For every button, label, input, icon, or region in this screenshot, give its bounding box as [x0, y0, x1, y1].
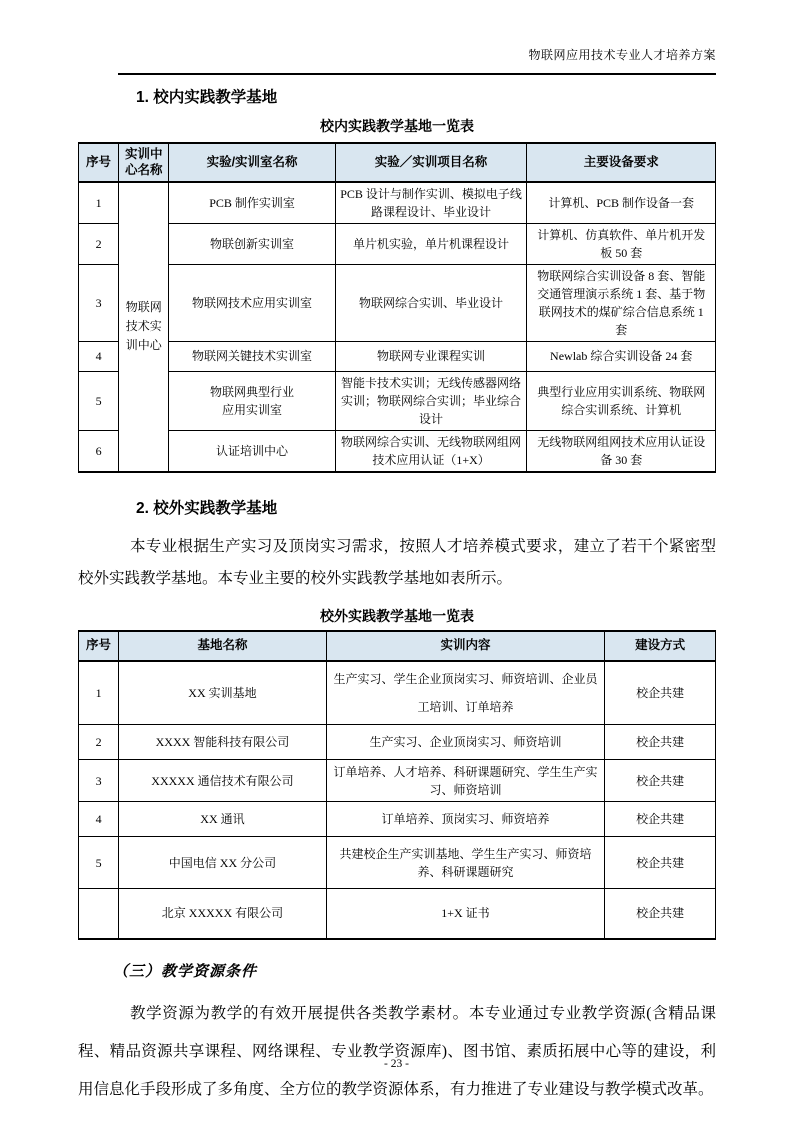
table-row: 4物联网关键技术实训室物联网专业课程实训Newlab 综合实训设备 24 套 — [79, 341, 716, 371]
build-mode-cell: 校企共建 — [605, 760, 716, 802]
project-name-cell: 单片机实验，单片机课程设计 — [335, 223, 527, 264]
build-mode-cell: 校企共建 — [605, 889, 716, 939]
project-name-cell: 物联网专业课程实训 — [335, 341, 527, 371]
equipment-cell: 物联网综合实训设备 8 套、智能交通管理演示系统 1 套、基于物联网技术的煤矿综… — [527, 264, 716, 341]
document-page: 物联网应用技术专业人才培养方案 1. 校内实践教学基地 校内实践教学基地一览表 … — [0, 0, 793, 1122]
section-3-heading: （三）教学资源条件 — [78, 960, 716, 981]
training-content-cell: 共建校企生产实训基地、学生生产实习、师资培养、科研课题研究 — [326, 837, 604, 889]
project-name-cell: 物联网综合实训、无线物联网组网技术应用认证（1+X） — [335, 430, 527, 472]
base-name-cell: XXXX 智能科技有限公司 — [119, 725, 327, 760]
project-name-cell: 智能卡技术实训；无线传感器网络实训；物联网综合实训；毕业综合设计 — [335, 371, 527, 430]
row-number-cell: 4 — [79, 341, 119, 371]
table-row: 3XXXXX 通信技术有限公司订单培养、人才培养、科研课题研究、学生生产实习、师… — [79, 760, 716, 802]
training-content-cell: 生产实习、学生企业顶岗实习、师资培训、企业员工培训、订单培养 — [326, 661, 604, 725]
training-content-cell: 生产实习、企业顶岗实习、师资培训 — [326, 725, 604, 760]
column-header: 序号 — [79, 143, 119, 182]
row-number-cell: 2 — [79, 725, 119, 760]
offcampus-practice-base-table: 序号基地名称实训内容建设方式 1XX 实训基地生产实习、学生企业顶岗实习、师资培… — [78, 630, 716, 940]
table-row: 1物联网技术实训中心PCB 制作实训室PCB 设计与制作实训、模拟电子线路课程设… — [79, 182, 716, 224]
lab-name-cell: 物联创新实训室 — [169, 223, 335, 264]
base-name-cell: XXXXX 通信技术有限公司 — [119, 760, 327, 802]
lab-name-cell: 物联网典型行业 应用实训室 — [169, 371, 335, 430]
row-number-cell: 3 — [79, 760, 119, 802]
row-number-cell: 2 — [79, 223, 119, 264]
lab-name-cell: 物联网关键技术实训室 — [169, 341, 335, 371]
oncampus-practice-base-table: 序号实训中心名称实验/实训室名称实验／实训项目名称主要设备要求 1物联网技术实训… — [78, 142, 716, 473]
training-content-cell: 1+X 证书 — [326, 889, 604, 939]
column-header: 实验/实训室名称 — [169, 143, 335, 182]
base-name-cell: 中国电信 XX 分公司 — [119, 837, 327, 889]
column-header: 实训内容 — [326, 631, 604, 661]
table-row: 2物联创新实训室单片机实验，单片机课程设计计算机、仿真软件、单片机开发板 50 … — [79, 223, 716, 264]
project-name-cell: 物联网综合实训、毕业设计 — [335, 264, 527, 341]
build-mode-cell: 校企共建 — [605, 661, 716, 725]
table-row: 3物联网技术应用实训室物联网综合实训、毕业设计物联网综合实训设备 8 套、智能交… — [79, 264, 716, 341]
column-header: 实验／实训项目名称 — [335, 143, 527, 182]
page-header-title: 物联网应用技术专业人才培养方案 — [78, 46, 716, 63]
table-header-row: 序号基地名称实训内容建设方式 — [79, 631, 716, 661]
project-name-cell: PCB 设计与制作实训、模拟电子线路课程设计、毕业设计 — [335, 182, 527, 224]
training-center-name-cell: 物联网技术实训中心 — [119, 182, 169, 472]
section-3-paragraph: 教学资源为教学的有效开展提供各类教学素材。本专业通过专业教学资源(含精品课程、精… — [78, 995, 716, 1109]
row-number-cell: 5 — [79, 371, 119, 430]
column-header: 基地名称 — [119, 631, 327, 661]
base-name-cell: XX 通讯 — [119, 802, 327, 837]
row-number-cell: 5 — [79, 837, 119, 889]
equipment-cell: 计算机、仿真软件、单片机开发板 50 套 — [527, 223, 716, 264]
row-number-cell: 4 — [79, 802, 119, 837]
table-row: 1XX 实训基地生产实习、学生企业顶岗实习、师资培训、企业员工培训、订单培养校企… — [79, 661, 716, 725]
base-name-cell: XX 实训基地 — [119, 661, 327, 725]
equipment-cell: 无线物联网组网技术应用认证设备 30 套 — [527, 430, 716, 472]
lab-name-cell: PCB 制作实训室 — [169, 182, 335, 224]
row-number-cell: 1 — [79, 661, 119, 725]
lab-name-cell: 认证培训中心 — [169, 430, 335, 472]
column-header: 建设方式 — [605, 631, 716, 661]
row-number-cell: 3 — [79, 264, 119, 341]
build-mode-cell: 校企共建 — [605, 725, 716, 760]
table-row: 5物联网典型行业 应用实训室智能卡技术实训；无线传感器网络实训；物联网综合实训；… — [79, 371, 716, 430]
header-rule — [118, 73, 716, 75]
section-1-heading: 1. 校内实践教学基地 — [78, 85, 716, 107]
training-content-cell: 订单培养、人才培养、科研课题研究、学生生产实习、师资培训 — [326, 760, 604, 802]
lab-name-cell: 物联网技术应用实训室 — [169, 264, 335, 341]
table-row: 6认证培训中心物联网综合实训、无线物联网组网技术应用认证（1+X）无线物联网组网… — [79, 430, 716, 472]
table-1-title: 校内实践教学基地一览表 — [78, 116, 716, 136]
row-number-cell — [79, 889, 119, 939]
table-2-title: 校外实践教学基地一览表 — [78, 606, 716, 626]
section-2-paragraph: 本专业根据生产实习及顶岗实习需求，按照人才培养模式要求，建立了若干个紧密型校外实… — [78, 531, 716, 595]
equipment-cell: 计算机、PCB 制作设备一套 — [527, 182, 716, 224]
column-header: 序号 — [79, 631, 119, 661]
training-content-cell: 订单培养、顶岗实习、师资培养 — [326, 802, 604, 837]
table-row: 2XXXX 智能科技有限公司生产实习、企业顶岗实习、师资培训校企共建 — [79, 725, 716, 760]
section-2-heading: 2. 校外实践教学基地 — [78, 496, 716, 518]
build-mode-cell: 校企共建 — [605, 837, 716, 889]
table-row: 北京 XXXXX 有限公司1+X 证书校企共建 — [79, 889, 716, 939]
column-header: 实训中心名称 — [119, 143, 169, 182]
table-header-row: 序号实训中心名称实验/实训室名称实验／实训项目名称主要设备要求 — [79, 143, 716, 182]
column-header: 主要设备要求 — [527, 143, 716, 182]
equipment-cell: Newlab 综合实训设备 24 套 — [527, 341, 716, 371]
row-number-cell: 1 — [79, 182, 119, 224]
row-number-cell: 6 — [79, 430, 119, 472]
table-row: 4XX 通讯订单培养、顶岗实习、师资培养校企共建 — [79, 802, 716, 837]
table-row: 5中国电信 XX 分公司共建校企生产实训基地、学生生产实习、师资培养、科研课题研… — [79, 837, 716, 889]
equipment-cell: 典型行业应用实训系统、物联网综合实训系统、计算机 — [527, 371, 716, 430]
base-name-cell: 北京 XXXXX 有限公司 — [119, 889, 327, 939]
build-mode-cell: 校企共建 — [605, 802, 716, 837]
page-number: - 23 - — [0, 1058, 793, 1070]
